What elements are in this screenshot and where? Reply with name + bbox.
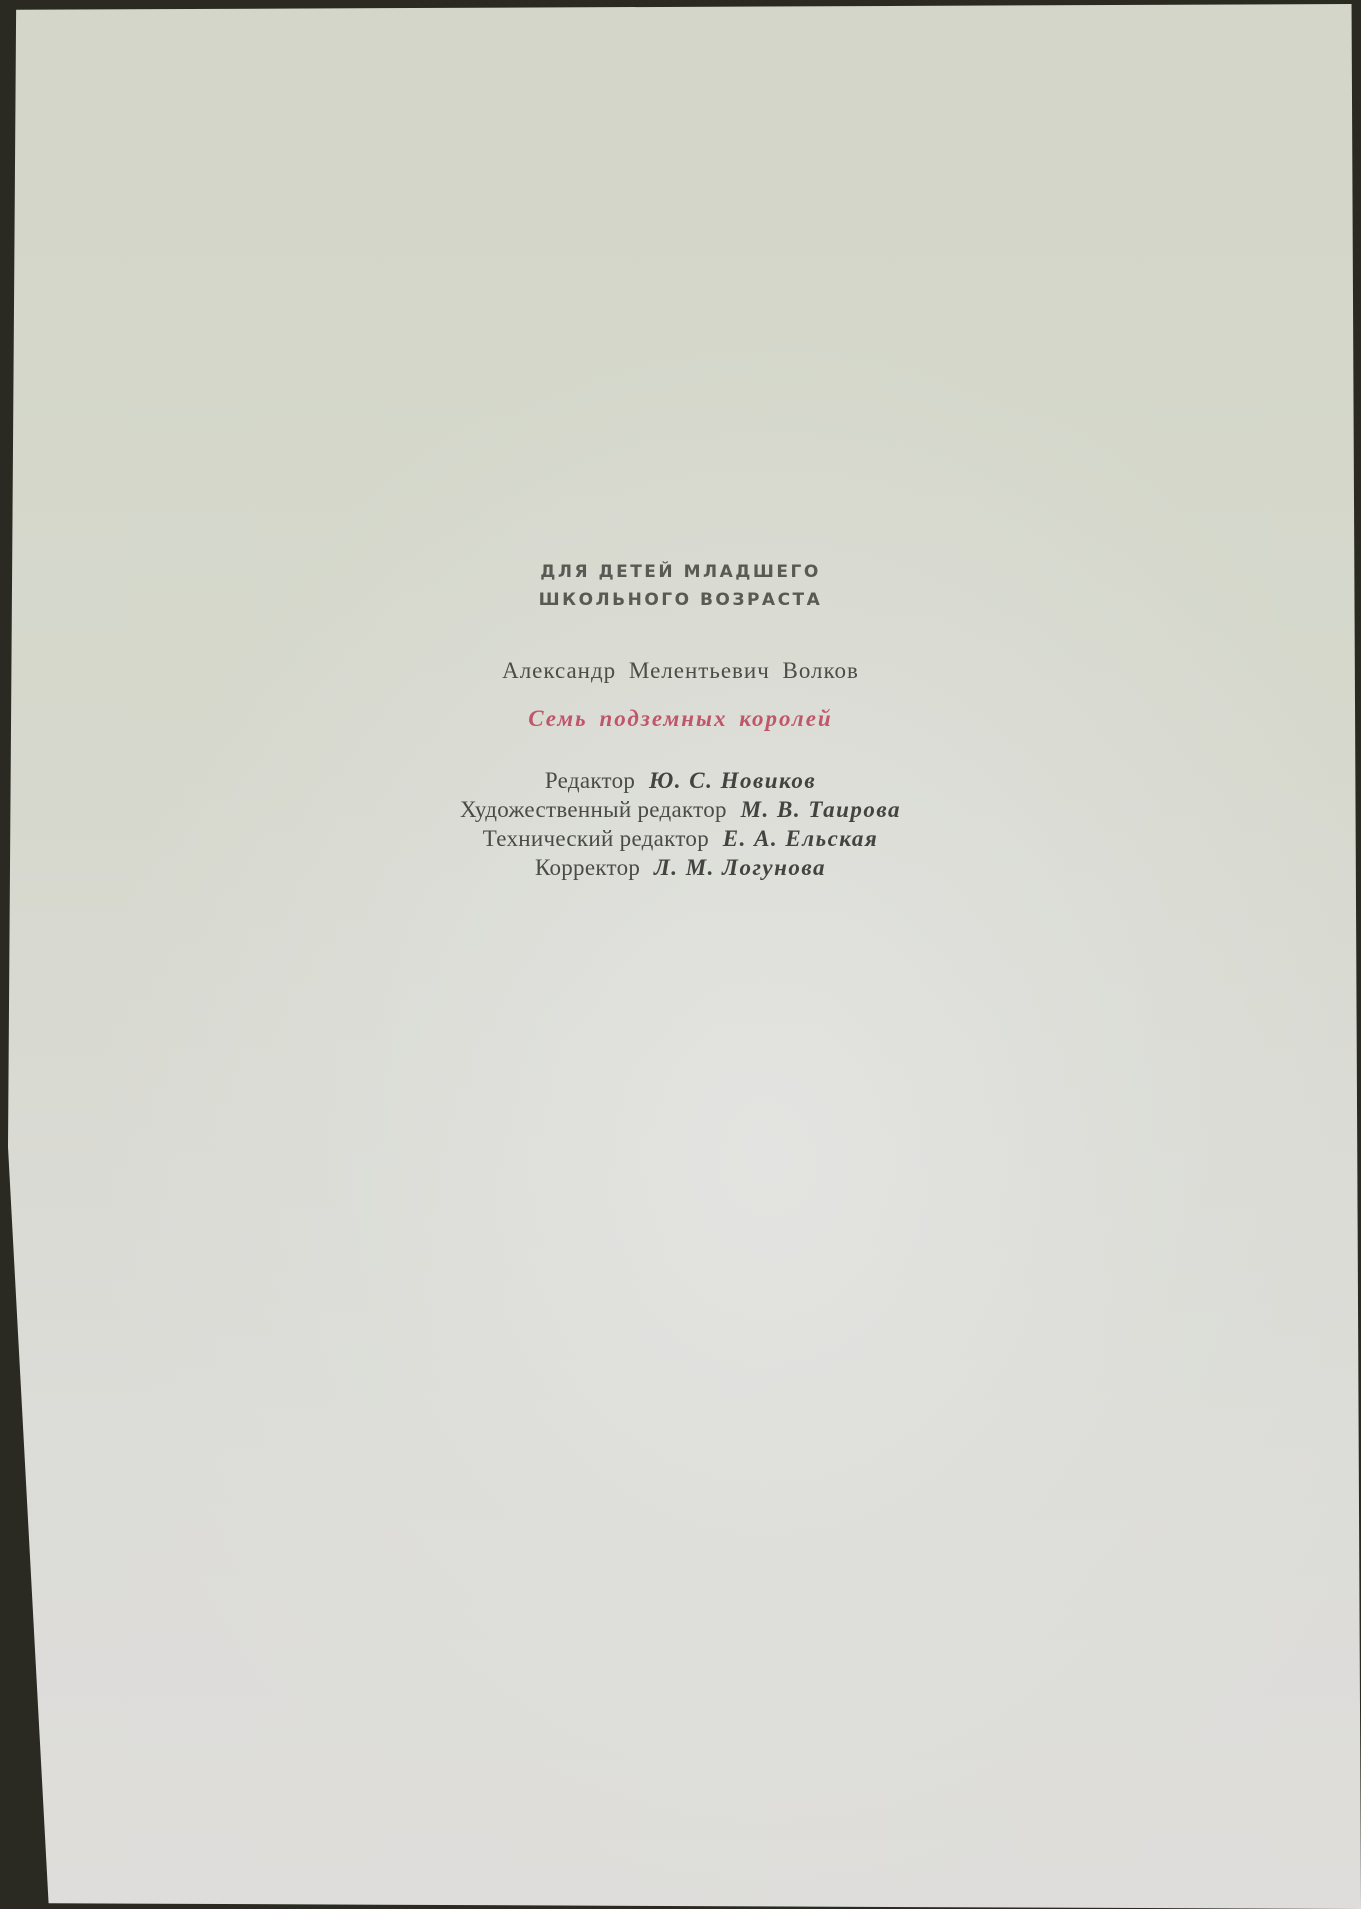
book-title: Семь подземных королей [0, 706, 1361, 732]
credit-person: М. В. Таирова [741, 797, 901, 822]
credit-person: Ю. С. Новиков [649, 768, 816, 793]
credit-person: Л. М. Логунова [654, 855, 826, 880]
credit-person: Е. А. Ельская [723, 826, 878, 851]
credit-role: Редактор [545, 768, 635, 793]
author-name: Александр Мелентьевич Волков [0, 658, 1361, 684]
credit-role: Художественный редактор [460, 797, 727, 822]
credits-list: Редактор Ю. С. Новиков Художественный ре… [0, 766, 1361, 882]
age-group-line-2: школьного возраста [0, 586, 1361, 614]
imprint-block: Для детей младшего школьного возраста Ал… [0, 558, 1361, 882]
age-group-line-1: Для детей младшего [0, 558, 1361, 586]
credit-role: Технический редактор [483, 826, 709, 851]
age-group-label: Для детей младшего школьного возраста [0, 558, 1361, 614]
credit-proofreader: Корректор Л. М. Логунова [0, 853, 1361, 882]
credit-art-editor: Художественный редактор М. В. Таирова [0, 795, 1361, 824]
book-page [8, 4, 1361, 1909]
credit-role: Корректор [535, 855, 640, 880]
credit-tech-editor: Технический редактор Е. А. Ельская [0, 824, 1361, 853]
credit-editor: Редактор Ю. С. Новиков [0, 766, 1361, 795]
